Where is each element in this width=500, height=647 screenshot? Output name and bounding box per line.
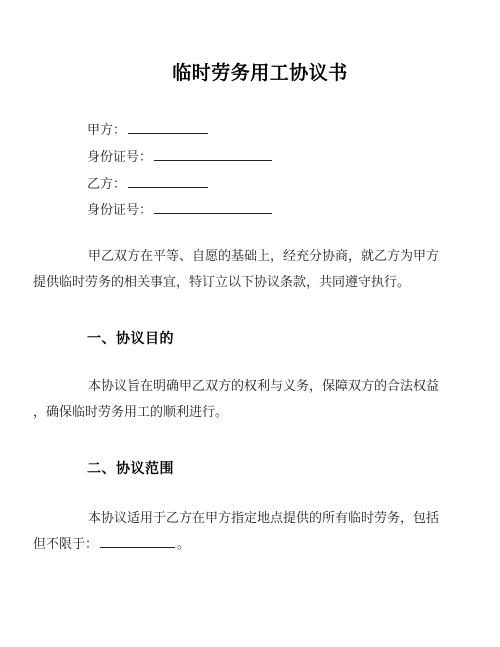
party-a-field: 甲方： xyxy=(87,121,208,140)
intro-line-2: 提供临时劳务的相关事宜，特订立以下协议条款，共同遵守执行。 xyxy=(33,270,473,296)
party-a-id-blank[interactable] xyxy=(154,148,272,161)
section-2-heading: 二、协议范围 xyxy=(87,458,174,478)
party-b-id-field: 身份证号： xyxy=(87,201,272,220)
section-2-line-2: 但不限于：。 xyxy=(33,532,473,558)
party-b-blank[interactable] xyxy=(128,175,208,188)
section-2-line-2-prefix: 但不限于： xyxy=(33,537,98,552)
intro-line-1: 甲乙双方在平等、自愿的基础上，经充分协商，就乙方为甲方 xyxy=(33,244,473,270)
section-1-line-2: ，确保临时劳务用工的顺利进行。 xyxy=(33,400,473,426)
party-b-id-label: 身份证号： xyxy=(87,203,152,218)
party-a-blank[interactable] xyxy=(128,121,208,134)
party-a-id-label: 身份证号： xyxy=(87,150,152,165)
section-2-paragraph: 本协议适用于乙方在甲方指定地点提供的所有临时劳务，包括 但不限于：。 xyxy=(33,506,473,558)
section-2-line-1: 本协议适用于乙方在甲方指定地点提供的所有临时劳务，包括 xyxy=(33,506,473,532)
intro-paragraph: 甲乙双方在平等、自愿的基础上，经充分协商，就乙方为甲方 提供临时劳务的相关事宜，… xyxy=(33,244,473,296)
document-title: 临时劳务用工协议书 xyxy=(0,58,500,85)
section-1-line-1: 本协议旨在明确甲乙双方的权利与义务，保障双方的合法权益 xyxy=(33,374,473,400)
party-a-label: 甲方： xyxy=(87,123,126,138)
section-2-line-2-suffix: 。 xyxy=(177,537,190,552)
party-b-label: 乙方： xyxy=(87,177,126,192)
scope-blank[interactable] xyxy=(100,535,175,548)
section-1-paragraph: 本协议旨在明确甲乙双方的权利与义务，保障双方的合法权益 ，确保临时劳务用工的顺利… xyxy=(33,374,473,426)
party-b-id-blank[interactable] xyxy=(154,201,272,214)
party-a-id-field: 身份证号： xyxy=(87,148,272,167)
party-b-field: 乙方： xyxy=(87,175,208,194)
section-1-heading: 一、协议目的 xyxy=(87,328,174,348)
